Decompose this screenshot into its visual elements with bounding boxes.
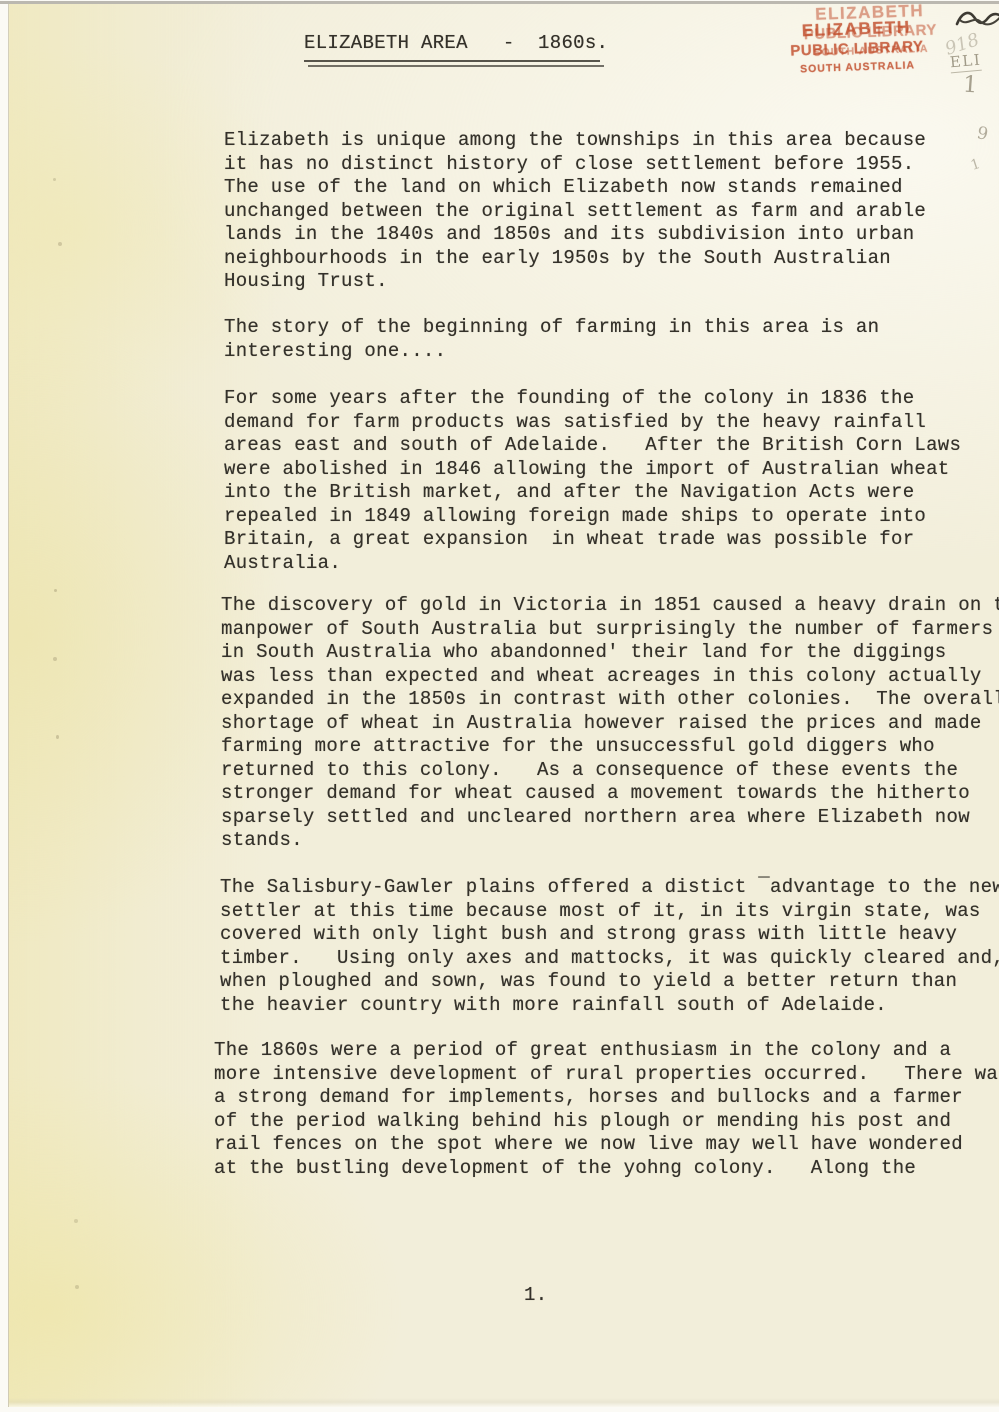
pencil-margin-mark-9: 9	[975, 123, 990, 145]
paper-speck	[53, 178, 56, 181]
paragraph-gold-discovery: The discovery of gold in Victoria in 185…	[221, 594, 999, 853]
paragraph-salisbury-gawler-plains: The Salisbury-Gawler plains offered a di…	[220, 876, 999, 1017]
paper-speck	[75, 1285, 79, 1289]
library-stamp: ELIZABETH PUBLIC LIBRARY SOUTH AUSTRALIA…	[775, 3, 958, 99]
paragraph-colony-founding: For some years after the founding of the…	[224, 387, 961, 575]
paper-speck	[56, 735, 59, 739]
paper: ELIZABETH AREA - 1860s. Elizabeth is uni…	[8, 4, 999, 1407]
paragraph-story: The story of the beginning of farming in…	[224, 316, 879, 363]
page-number: 1.	[524, 1284, 547, 1308]
scribble-mark	[955, 8, 999, 34]
paper-speck	[53, 657, 57, 661]
pencil-classmark: ELI	[949, 51, 982, 74]
paper-speck	[74, 1219, 78, 1223]
pencil-classmark-number: 1	[962, 72, 978, 99]
pencil-margin-mark-1: 1	[969, 156, 982, 174]
title-underline	[304, 60, 600, 62]
paragraph-1860s-enthusiasm: The 1860s were a period of great enthusi…	[214, 1039, 999, 1180]
stamp-main-impression: ELIZABETH PUBLIC LIBRARY SOUTH AUSTRALIA	[776, 17, 938, 79]
page-title: ELIZABETH AREA - 1860s.	[304, 32, 608, 56]
paper-speck	[54, 589, 57, 592]
scanned-document-page: { "document": { "title": "ELIZABETH AREA…	[0, 0, 999, 1412]
paragraph-intro: Elizabeth is unique among the townships …	[224, 129, 926, 294]
paper-speck	[58, 242, 62, 246]
scan-bottom-edge	[9, 1398, 999, 1407]
title-underline-second	[308, 65, 604, 67]
